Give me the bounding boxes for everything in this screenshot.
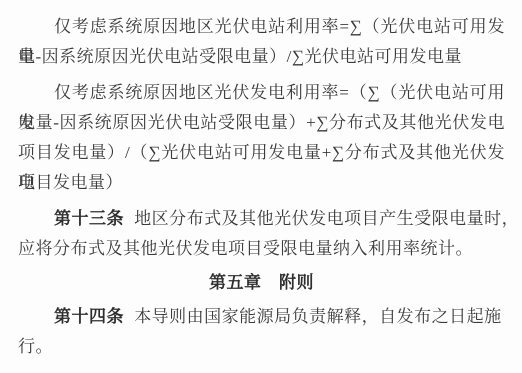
article-14-line-1: 第十四条本导则由国家能源局负责解释，自发布之日起施	[18, 302, 505, 332]
formula-generation-line-1: 仅考虑系统原因地区光伏发电利用率=（∑（光伏电站可用发	[18, 78, 505, 108]
formula-generation-line-2: 电量-因系统原因光伏电站受限电量）+∑分布式及其他光伏发电	[18, 108, 505, 138]
article-14-line-2: 行。	[18, 332, 505, 362]
article-13-number: 第十三条	[54, 209, 124, 228]
article-14-text: 本导则由国家能源局负责解释，自发布之日起施	[134, 307, 502, 326]
formula-generation-line-4: 项目发电量）	[18, 168, 505, 198]
document-page: 仅考虑系统原因地区光伏电站利用率=∑（光伏电站可用发电 量-因系统原因光伏电站受…	[0, 0, 522, 373]
chapter-5-heading: 第五章 附则	[18, 268, 505, 298]
formula-station-line-2: 量-因系统原因光伏电站受限电量）/∑光伏电站可用发电量	[18, 42, 505, 72]
formula-generation-line-3: 项目发电量）/（∑光伏电站可用发电量+∑分布式及其他光伏发电	[18, 138, 505, 168]
article-13-line-1: 第十三条地区分布式及其他光伏发电项目产生受限电量时，	[18, 204, 505, 234]
article-14-number: 第十四条	[54, 307, 124, 326]
article-13-line-2: 应将分布式及其他光伏发电项目受限电量纳入利用率统计。	[18, 234, 505, 264]
formula-station-line-1: 仅考虑系统原因地区光伏电站利用率=∑（光伏电站可用发电	[18, 12, 505, 42]
article-13-text: 地区分布式及其他光伏发电项目产生受限电量时，	[134, 209, 519, 228]
